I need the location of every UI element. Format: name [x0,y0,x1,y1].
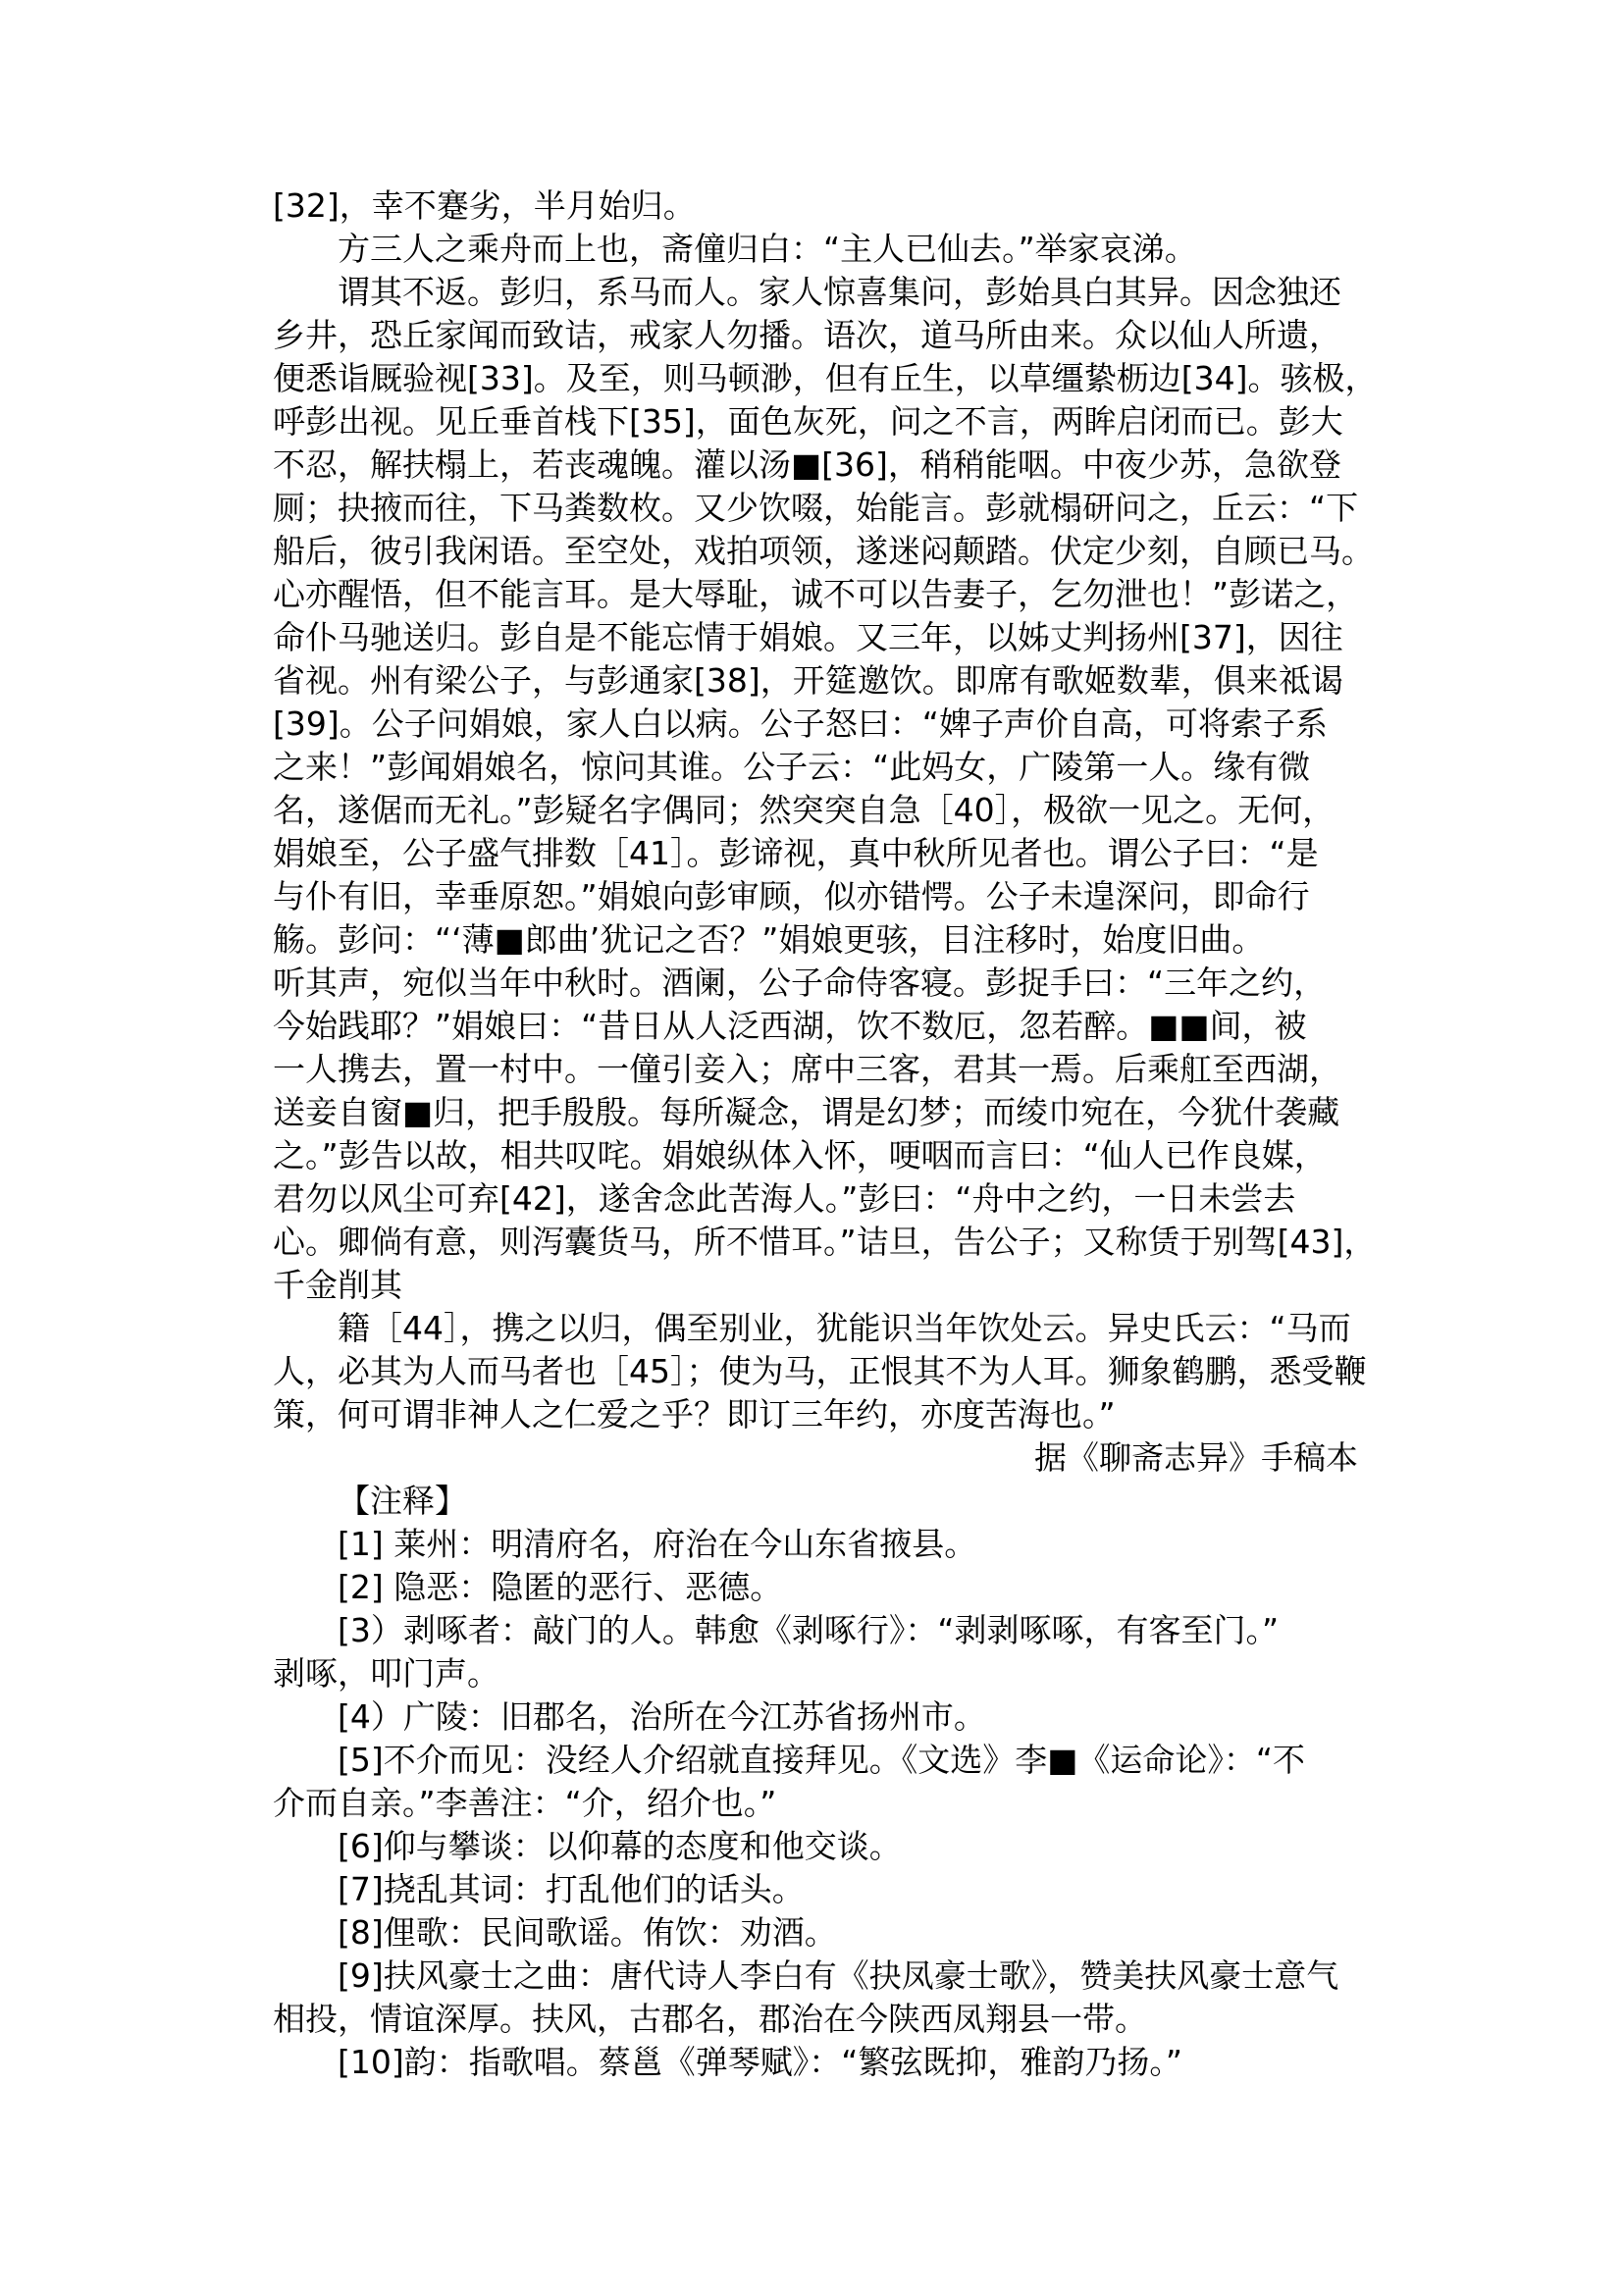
text-line: 籍［44］，携之以归，偶至别业，犹能识当年饮处云。异史氏云：“马而 [273,1307,1358,1350]
text-line: [7]挠乱其词：打乱他们的话头。 [273,1868,1358,1911]
text-line: 之。”彭告以故，相共叹咤。娟娘纵体入怀，哽咽而言曰：“仙人已作良媒， [273,1134,1358,1177]
text-line: 省视。州有梁公子，与彭通家[38]，开筵邀饮。即席有歌姬数辈，俱来祗谒 [273,659,1358,703]
text-line: 呼彭出视。见丘垂首栈下[35]，面色灰死，问之不言，两眸启闭而已。彭大 [273,400,1358,443]
text-line: [6]仰与攀谈：以仰幕的态度和他交谈。 [273,1825,1358,1868]
text-line: 心亦醒悟，但不能言耳。是大辱耻，诚不可以告妻子，乞勿泄也！”彭诺之， [273,573,1358,616]
text-line: [8]俚歌：民间歌谣。侑饮：劝酒。 [273,1911,1358,1955]
text-line: 策，何可谓非神人之仁爱之乎？即订三年约，亦度苦海也。” [273,1393,1358,1436]
text-line: 方三人之乘舟而上也，斋僮归白：“主人已仙去。”举家哀涕。 [273,228,1358,271]
text-line: 送妾自窗■归，把手殷殷。每所凝念，谓是幻梦；而绫巾宛在，今犹什袭藏 [273,1091,1358,1134]
text-line: 听其声，宛似当年中秋时。酒阑，公子命侍客寝。彭捉手曰：“三年之约， [273,962,1358,1005]
text-line: 不忍，解扶榻上，若丧魂魄。灌以汤■[36]，稍稍能咽。中夜少苏，急欲登 [273,443,1358,487]
text-line: 千金削其 [273,1264,1358,1307]
text-line: [9]扶风豪士之曲：唐代诗人李白有《抉凤豪士歌》，赞美扶风豪士意气 [273,1955,1358,1998]
text-line: [10]韵：指歌唱。蔡邕《弹琴赋》：“繁弦既抑，雅韵乃扬。” [273,2041,1358,2084]
text-line: 君勿以风尘可弃[42]，遂舍念此苦海人。”彭曰：“舟中之约，一日未尝去 [273,1177,1358,1221]
text-line: 谓其不返。彭归，系马而人。家人惊喜集问，彭始具白其异。因念独还 [273,271,1358,314]
text-line: 厕；抉掖而往，下马粪数枚。又少饮啜，始能言。彭就榻研问之，丘云：“下 [273,487,1358,530]
text-line: [32]，幸不蹇劣，半月始归。 [273,184,1358,228]
text-line: [39]。公子问娟娘，家人白以病。公子怒曰：“婢子声价自高，可将索子系 [273,703,1358,746]
text-line: 与仆有旧，幸垂原恕。”娟娘向彭审顾，似亦错愕。公子未遑深问，即命行 [273,875,1358,918]
text-line: 【注释】 [273,1480,1358,1523]
text-line: 船后，彼引我闲语。至空处，戏拍项领，遂迷闷颠踏。伏定少刻，自顾已马。 [273,530,1358,573]
text-line: 命仆马驰送归。彭自是不能忘情于娟娘。又三年，以姊丈判扬州[37]，因往 [273,616,1358,659]
text-line: [4）广陵：旧郡名，治所在今江苏省扬州市。 [273,1695,1358,1739]
text-line: 介而自亲。”李善注：“介，绍介也。” [273,1782,1358,1825]
text-line: [3）剥啄者：敲门的人。韩愈《剥啄行》：“剥剥啄啄，有客至门。” [273,1609,1358,1652]
text-line: [5]不介而见：没经人介绍就直接拜见。《文选》李■《运命论》：“不 [273,1739,1358,1782]
text-line: 心。卿倘有意，则泻囊货马，所不惜耳。”诘旦，告公子；又称赁于别驾[43]， [273,1221,1358,1264]
text-line: [2] 隐恶：隐匿的恶行、恶德。 [273,1566,1358,1609]
text-line: 今始践耶？”娟娘曰：“昔日从人泛西湖，饮不数厄，忽若醉。■■间，被 [273,1005,1358,1048]
text-line: 据《聊斋志异》手稿本 [273,1436,1358,1480]
document-page: [32]，幸不蹇劣，半月始归。方三人之乘舟而上也，斋僮归白：“主人已仙去。”举家… [0,0,1624,2294]
text-line: 一人携去，置一村中。一僮引妾入；席中三客，君其一焉。后乘舡至西湖， [273,1048,1358,1091]
text-line: 名，遂倨而无礼。”彭疑名字偶同；然突突自急［40］，极欲一见之。无何， [273,789,1358,832]
text-line: 娟娘至，公子盛气排数［41］。彭谛视，真中秋所见者也。谓公子曰：“是 [273,832,1358,875]
text-line: 乡井，恐丘家闻而致诘，戒家人勿播。语次，道马所由来。众以仙人所遗， [273,314,1358,357]
text-line: 相投，情谊深厚。扶风，古郡名，郡治在今陕西凤翔县一带。 [273,1998,1358,2041]
text-line: 之来！”彭闻娟娘名，惊问其谁。公子云：“此妈女，广陵第一人。缘有微 [273,746,1358,789]
document-text-block: [32]，幸不蹇劣，半月始归。方三人之乘舟而上也，斋僮归白：“主人已仙去。”举家… [273,184,1358,2084]
text-line: 便悉诣厩验视[33]。及至，则马顿渺，但有丘生，以草缰絷枥边[34]。骇极， [273,357,1358,400]
text-line: 剥啄，叩门声。 [273,1652,1358,1695]
text-line: 人，必其为人而马者也［45］；使为马，正恨其不为人耳。狮象鹤鹏，悉受鞭 [273,1350,1358,1393]
text-line: 觞。彭问：“‘薄■郎曲’犹记之否？”娟娘更骇，目注移时，始度旧曲。 [273,918,1358,962]
text-line: [1] 莱州：明清府名，府治在今山东省掖县。 [273,1523,1358,1566]
